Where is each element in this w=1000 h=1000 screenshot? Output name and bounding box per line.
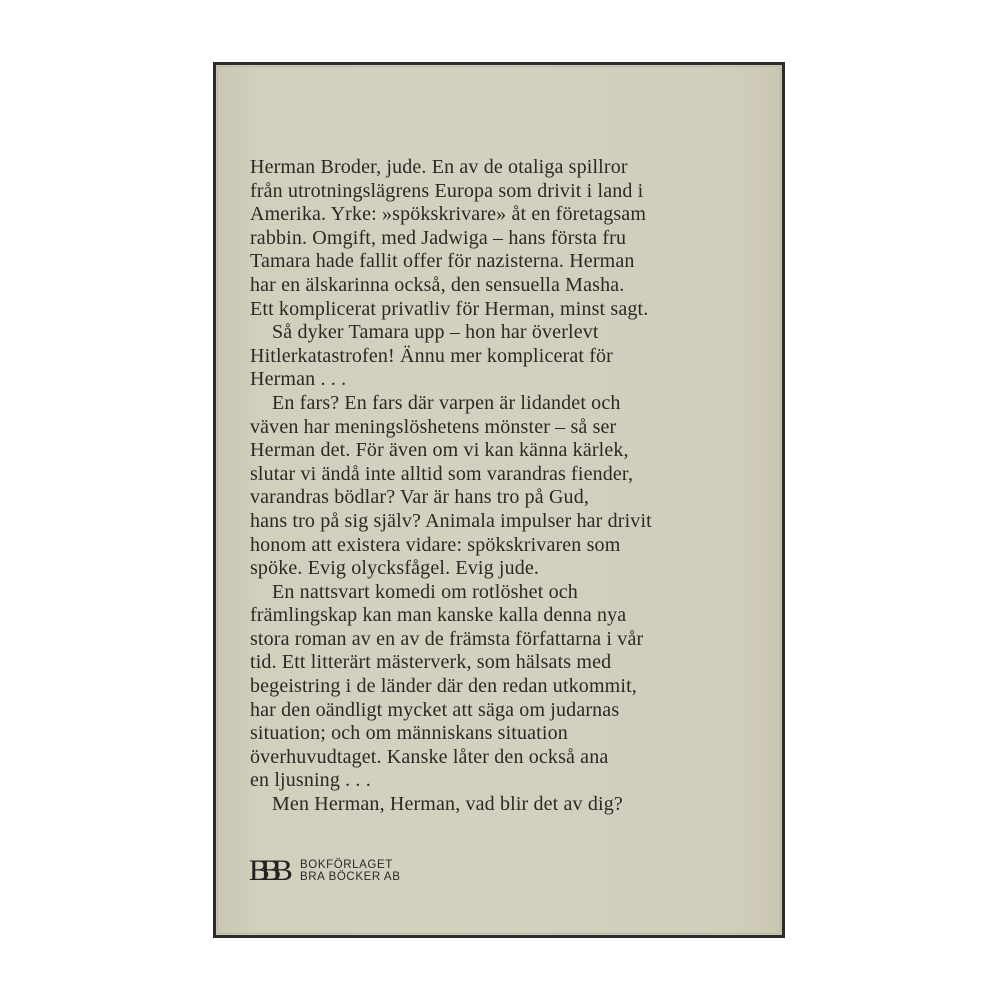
- blurb-line: Herman Broder, jude. En av de otaliga sp…: [250, 156, 770, 180]
- blurb-line: överhuvudtaget. Kanske låter den också a…: [250, 746, 770, 770]
- blurb-line: situation; och om människans situation: [250, 722, 770, 746]
- blurb-line: begeistring i de länder där den redan ut…: [250, 675, 770, 699]
- publisher-name: BOKFÖRLAGET BRA BÖCKER AB: [300, 859, 400, 884]
- blurb-line: har den oändligt mycket att säga om juda…: [250, 699, 770, 723]
- blurb-line: slutar vi ändå inte alltid som varandras…: [250, 463, 770, 487]
- blurb-line: Herman . . .: [250, 368, 770, 392]
- blurb-line: Amerika. Yrke: »spökskrivare» åt en före…: [250, 203, 770, 227]
- blurb-line: Hitlerkatastrofen! Ännu mer komplicerat …: [250, 345, 770, 369]
- publisher-name-line1: BOKFÖRLAGET: [300, 859, 400, 872]
- blurb-line: hans tro på sig själv? Animala impulser …: [250, 510, 770, 534]
- book-back-cover: Herman Broder, jude. En av de otaliga sp…: [213, 62, 785, 938]
- blurb-line: har en älskarinna också, den sensuella M…: [250, 274, 770, 298]
- blurb-line: väven har meningslöshetens mönster – så …: [250, 416, 770, 440]
- publisher-imprint: BBB BOKFÖRLAGET BRA BÖCKER AB: [250, 856, 400, 886]
- blurb-line: främlingskap kan man kanske kalla denna …: [250, 604, 770, 628]
- blurb-line: från utrotningslägrens Europa som drivit…: [250, 180, 770, 204]
- blurb-line: rabbin. Omgift, med Jadwiga – hans först…: [250, 227, 770, 251]
- blurb-line: en ljusning . . .: [250, 769, 770, 793]
- blurb-line: Så dyker Tamara upp – hon har överlevt: [250, 321, 770, 345]
- blurb-line: stora roman av en av de främsta författa…: [250, 628, 770, 652]
- blurb-line: Herman det. För även om vi kan känna kär…: [250, 439, 770, 463]
- blurb-line: Ett komplicerat privatliv för Herman, mi…: [250, 298, 770, 322]
- publisher-logo-icon: BBB: [249, 856, 299, 886]
- blurb-line: Men Herman, Herman, vad blir det av dig?: [250, 793, 770, 817]
- blurb-line: spöke. Evig olycksfågel. Evig jude.: [250, 557, 770, 581]
- blurb-line: Tamara hade fallit offer för nazisterna.…: [250, 250, 770, 274]
- blurb-line: honom att existera vidare: spökskrivaren…: [250, 534, 770, 558]
- blurb-line: varandras bödlar? Var är hans tro på Gud…: [250, 486, 770, 510]
- blurb-line: tid. Ett litterärt mästerverk, som hälsa…: [250, 651, 770, 675]
- blurb-line: En fars? En fars där varpen är lidandet …: [250, 392, 770, 416]
- publisher-name-line2: BRA BÖCKER AB: [300, 871, 400, 884]
- blurb-line: En nattsvart komedi om rotlöshet och: [250, 581, 770, 605]
- blurb-text: Herman Broder, jude. En av de otaliga sp…: [250, 156, 770, 817]
